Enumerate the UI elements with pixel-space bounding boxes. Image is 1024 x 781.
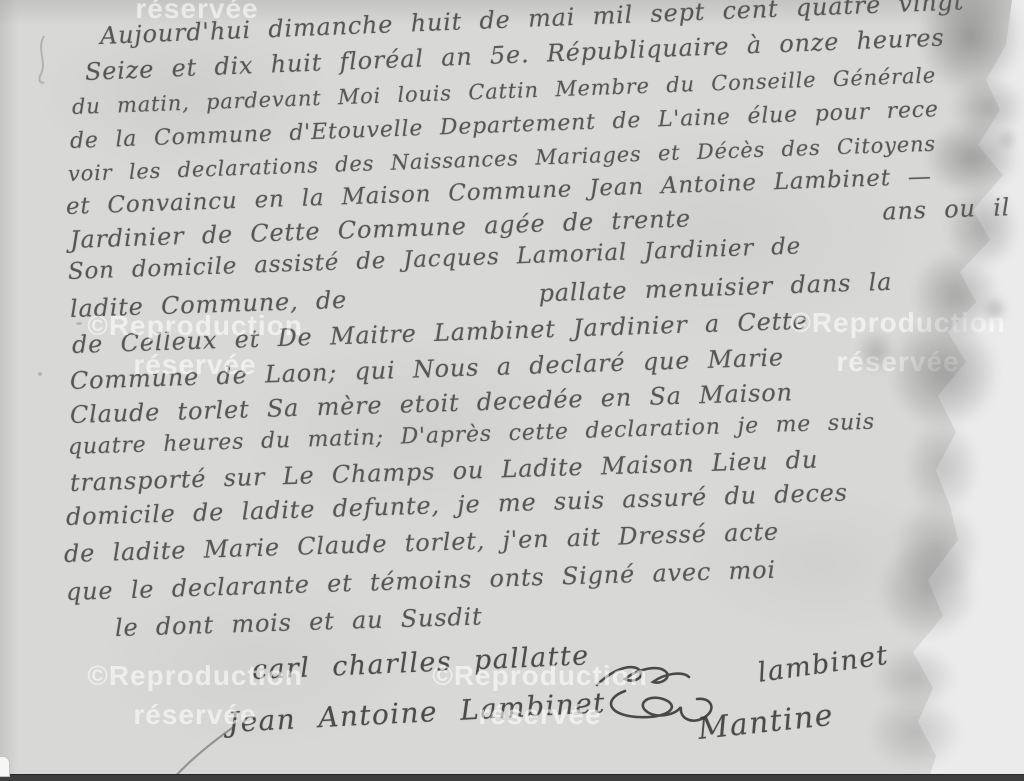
stain-blob <box>982 296 1008 322</box>
stain-blob <box>868 695 963 770</box>
stain-blob <box>996 128 1018 150</box>
margin-mark <box>30 32 56 88</box>
bottom-left-ui-fragment[interactable] <box>0 756 10 777</box>
scanned-document: Aujourd'hui dimanche huit de mai mil sep… <box>0 0 1024 781</box>
signature-paraph <box>585 655 755 735</box>
bottom-bar <box>0 774 1024 781</box>
stain-blob <box>888 315 1000 430</box>
stain-blob <box>856 330 896 375</box>
signature-flourish <box>170 726 240 781</box>
ink-speck <box>38 372 42 376</box>
stain-blob <box>878 540 978 640</box>
